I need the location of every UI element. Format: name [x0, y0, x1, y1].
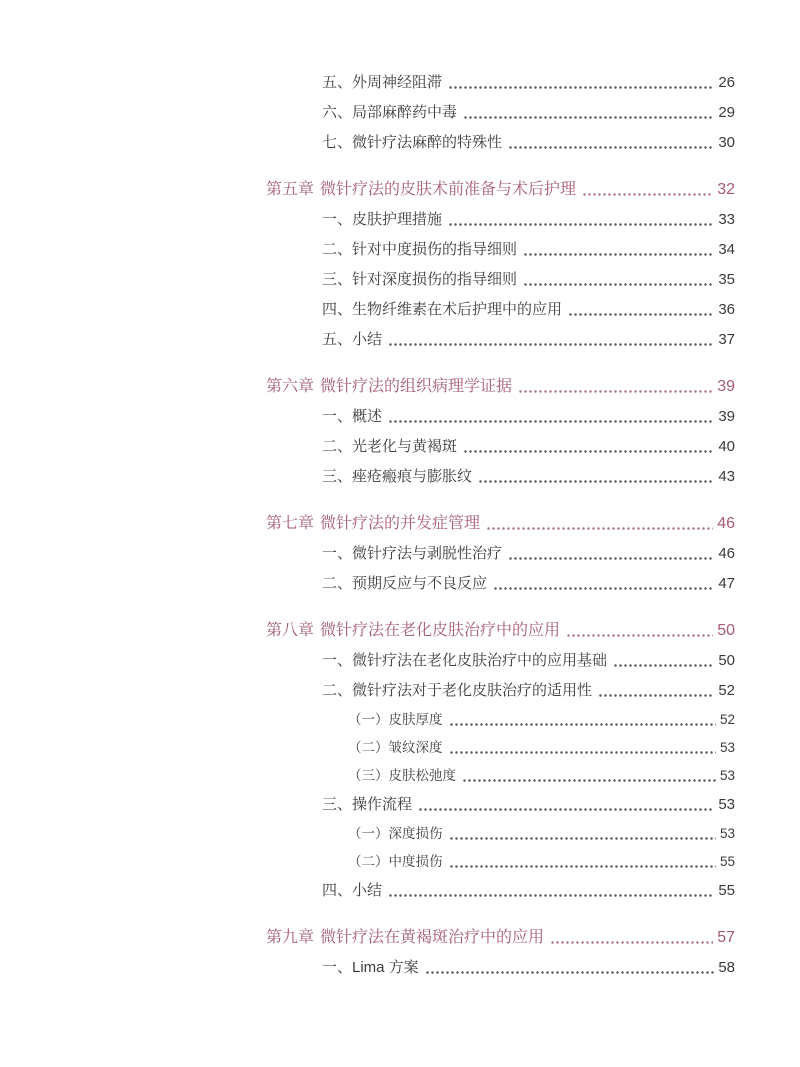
dot-leader	[449, 722, 716, 727]
toc-entry[interactable]: 一、Lima 方案58	[266, 953, 735, 983]
chapter-page-number: 50	[717, 616, 735, 646]
toc-entry-label: （一）深度损伤	[348, 820, 443, 848]
dot-leader	[566, 633, 713, 638]
page-number: 29	[718, 98, 735, 128]
dot-leader	[449, 750, 716, 755]
dot-leader	[486, 526, 713, 531]
toc-entry[interactable]: 二、针对中度损伤的指导细则34	[266, 235, 735, 265]
toc-entry-label: 三、痤疮瘢痕与膨胀纹	[322, 462, 472, 492]
chapter-title: 微针疗法的并发症管理	[320, 509, 480, 539]
toc-entry[interactable]: 三、操作流程53	[266, 790, 735, 820]
chapter-title: 微针疗法的组织病理学证据	[320, 372, 512, 402]
page-number: 33	[718, 205, 735, 235]
toc-entry-label: 四、小结	[322, 876, 382, 906]
page-number: 46	[718, 539, 735, 569]
toc-entry-label: 二、预期反应与不良反应	[322, 569, 487, 599]
toc-entry-label: 二、微针疗法对于老化皮肤治疗的适用性	[322, 676, 592, 706]
page-number: 52	[718, 676, 735, 706]
toc-entry[interactable]: 一、皮肤护理措施33	[266, 205, 735, 235]
dot-leader	[388, 893, 714, 898]
toc-entry-label: 一、皮肤护理措施	[322, 205, 442, 235]
toc-chapter-entry[interactable]: 第九章微针疗法在黄褐斑治疗中的应用57	[266, 923, 735, 953]
toc-entry-label: 五、外周神经阻滞	[322, 68, 442, 98]
toc-entry-label: 一、微针疗法与剥脱性治疗	[322, 539, 502, 569]
page-number: 55	[720, 848, 735, 876]
toc-entry[interactable]: 六、局部麻醉药中毒29	[266, 98, 735, 128]
toc-entry[interactable]: 七、微针疗法麻醉的特殊性30	[266, 128, 735, 158]
toc-entry-label: 四、生物纤维素在术后护理中的应用	[322, 295, 562, 325]
toc-entry-label: （二）皱纹深度	[348, 734, 443, 762]
dot-leader	[508, 556, 714, 561]
chapter-title: 微针疗法的皮肤术前准备与术后护理	[320, 175, 576, 205]
toc-entry-label: 二、针对中度损伤的指导细则	[322, 235, 517, 265]
chapter-label: 第九章	[266, 923, 320, 953]
dot-leader	[388, 419, 714, 424]
page-number: 34	[718, 235, 735, 265]
toc-entry[interactable]: 三、痤疮瘢痕与膨胀纹43	[266, 462, 735, 492]
toc-section: 第七章微针疗法的并发症管理46一、微针疗法与剥脱性治疗46二、预期反应与不良反应…	[266, 509, 735, 599]
toc-entry[interactable]: 一、微针疗法在老化皮肤治疗中的应用基础50	[266, 646, 735, 676]
toc-entry[interactable]: （二）中度损伤55	[266, 848, 735, 876]
chapter-label: 第八章	[266, 616, 320, 646]
dot-leader	[449, 836, 716, 841]
page-number: 58	[718, 953, 735, 983]
toc-entry-label: （二）中度损伤	[348, 848, 443, 876]
toc-section: 第五章微针疗法的皮肤术前准备与术后护理32一、皮肤护理措施33二、针对中度损伤的…	[266, 175, 735, 355]
page-number: 26	[718, 68, 735, 98]
page-number: 43	[718, 462, 735, 492]
chapter-page-number: 57	[717, 923, 735, 953]
dot-leader	[523, 282, 714, 287]
toc-chapter-entry[interactable]: 第八章微针疗法在老化皮肤治疗中的应用50	[266, 616, 735, 646]
page-number: 53	[720, 762, 735, 790]
dot-leader	[493, 586, 714, 591]
toc-entry[interactable]: 二、光老化与黄褐斑40	[266, 432, 735, 462]
toc-entry[interactable]: 一、微针疗法与剥脱性治疗46	[266, 539, 735, 569]
toc-entry-label: 七、微针疗法麻醉的特殊性	[322, 128, 502, 158]
page-number: 37	[718, 325, 735, 355]
toc-entry-label: 一、微针疗法在老化皮肤治疗中的应用基础	[322, 646, 607, 676]
toc-section: 第六章微针疗法的组织病理学证据39一、概述39二、光老化与黄褐斑40三、痤疮瘢痕…	[266, 372, 735, 492]
toc-entry-label: 一、概述	[322, 402, 382, 432]
dot-leader	[462, 778, 716, 783]
dot-leader	[568, 312, 714, 317]
dot-leader	[425, 970, 715, 975]
chapter-page-number: 39	[717, 372, 735, 402]
toc-entry-label: 三、针对深度损伤的指导细则	[322, 265, 517, 295]
dot-leader	[518, 389, 713, 394]
toc-chapter-entry[interactable]: 第五章微针疗法的皮肤术前准备与术后护理32	[266, 175, 735, 205]
toc-list: 五、外周神经阻滞26六、局部麻醉药中毒29七、微针疗法麻醉的特殊性30第五章微针…	[266, 68, 735, 983]
page-number: 30	[718, 128, 735, 158]
chapter-label: 第五章	[266, 175, 320, 205]
toc-entry[interactable]: （三）皮肤松弛度53	[266, 762, 735, 790]
toc-entry-label: 三、操作流程	[322, 790, 412, 820]
dot-leader	[463, 115, 714, 120]
toc-entry[interactable]: 五、小结37	[266, 325, 735, 355]
toc-entry-label: 一、Lima 方案	[322, 953, 419, 983]
toc-entry[interactable]: 二、微针疗法对于老化皮肤治疗的适用性52	[266, 676, 735, 706]
dot-leader	[508, 145, 714, 150]
dot-leader	[448, 222, 714, 227]
page-number: 36	[718, 295, 735, 325]
toc-entry[interactable]: （二）皱纹深度53	[266, 734, 735, 762]
dot-leader	[449, 864, 716, 869]
chapter-title: 微针疗法在黄褐斑治疗中的应用	[320, 923, 544, 953]
toc-entry[interactable]: 三、针对深度损伤的指导细则35	[266, 265, 735, 295]
dot-leader	[418, 807, 714, 812]
toc-entry-label: （三）皮肤松弛度	[348, 762, 456, 790]
chapter-label: 第六章	[266, 372, 320, 402]
dot-leader	[613, 663, 714, 668]
dot-leader	[550, 940, 713, 945]
page-number: 50	[718, 646, 735, 676]
toc-entry-label: （一）皮肤厚度	[348, 706, 443, 734]
dot-leader	[388, 342, 714, 347]
chapter-page-number: 46	[717, 509, 735, 539]
page-number: 53	[720, 820, 735, 848]
page-number: 47	[718, 569, 735, 599]
toc-entry[interactable]: （一）皮肤厚度52	[266, 706, 735, 734]
toc-entry[interactable]: 一、概述39	[266, 402, 735, 432]
toc-section: 五、外周神经阻滞26六、局部麻醉药中毒29七、微针疗法麻醉的特殊性30	[266, 68, 735, 158]
toc-section: 第八章微针疗法在老化皮肤治疗中的应用50一、微针疗法在老化皮肤治疗中的应用基础5…	[266, 616, 735, 906]
toc-entry-label: 五、小结	[322, 325, 382, 355]
page-number: 53	[718, 790, 735, 820]
dot-leader	[463, 449, 714, 454]
toc-chapter-entry[interactable]: 第六章微针疗法的组织病理学证据39	[266, 372, 735, 402]
toc-entry[interactable]: 二、预期反应与不良反应47	[266, 569, 735, 599]
dot-leader	[478, 479, 714, 484]
page-number: 55	[718, 876, 735, 906]
toc-entry[interactable]: 四、小结55	[266, 876, 735, 906]
page-number: 39	[718, 402, 735, 432]
toc-entry-label: 二、光老化与黄褐斑	[322, 432, 457, 462]
chapter-label: 第七章	[266, 509, 320, 539]
chapter-page-number: 32	[717, 175, 735, 205]
page-number: 53	[720, 734, 735, 762]
page-number: 52	[720, 706, 735, 734]
dot-leader	[448, 85, 714, 90]
dot-leader	[598, 693, 714, 698]
toc-section: 第九章微针疗法在黄褐斑治疗中的应用57一、Lima 方案58	[266, 923, 735, 983]
dot-leader	[582, 192, 713, 197]
toc-entry[interactable]: （一）深度损伤53	[266, 820, 735, 848]
toc-entry[interactable]: 四、生物纤维素在术后护理中的应用36	[266, 295, 735, 325]
page-number: 40	[718, 432, 735, 462]
toc-chapter-entry[interactable]: 第七章微针疗法的并发症管理46	[266, 509, 735, 539]
toc-entry-label: 六、局部麻醉药中毒	[322, 98, 457, 128]
toc-entry[interactable]: 五、外周神经阻滞26	[266, 68, 735, 98]
page-number: 35	[718, 265, 735, 295]
book-toc-page: 五、外周神经阻滞26六、局部麻醉药中毒29七、微针疗法麻醉的特殊性30第五章微针…	[0, 0, 800, 1067]
dot-leader	[523, 252, 714, 257]
chapter-title: 微针疗法在老化皮肤治疗中的应用	[320, 616, 560, 646]
